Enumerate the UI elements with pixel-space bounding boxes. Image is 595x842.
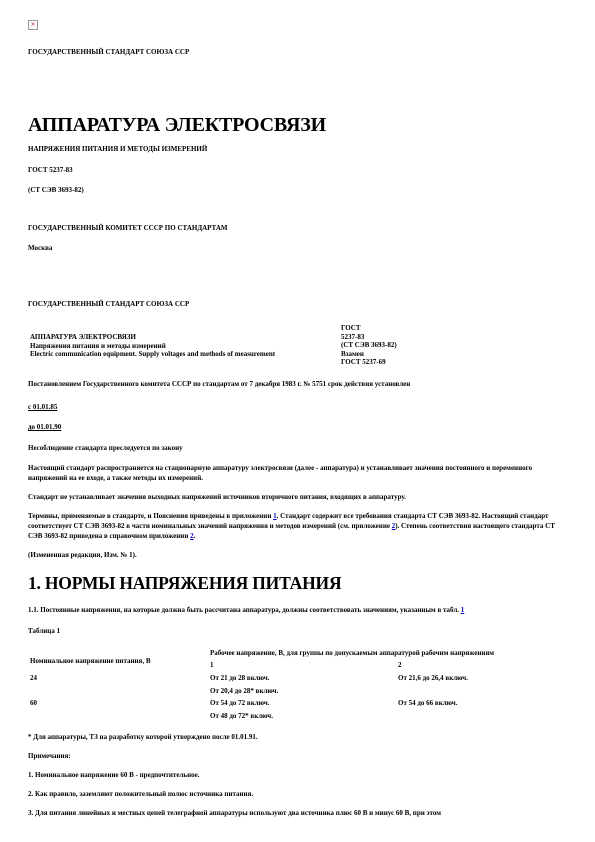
revision-note: (Измененная редакция, Изм. № 1).: [28, 551, 137, 559]
table-row-60-nominal: 60: [30, 699, 37, 707]
clause-1-1: 1.1. Постоянные напряжения, на которые д…: [28, 606, 464, 614]
title-block-st-sev: (СТ СЭВ 3693-82): [341, 341, 397, 350]
table-header-group-2: 2: [398, 661, 402, 669]
title-block-title: АППАРАТУРА ЭЛЕКТРОСВЯЗИ: [30, 333, 275, 342]
subtitle: НАПРЯЖЕНИЯ ПИТАНИЯ И МЕТОДЫ ИЗМЕРЕНИЙ: [28, 145, 207, 153]
date-from: с 01.01.85: [28, 403, 57, 411]
table-row-24-nominal: 24: [30, 674, 37, 682]
title-block-english: Electric communication equipment. Supply…: [30, 350, 275, 359]
notes-title: Примечания:: [28, 752, 71, 760]
page-title: АППАРАТУРА ЭЛЕКТРОСВЯЗИ: [28, 114, 326, 137]
paragraph-scope: Настоящий стандарт распространяется на с…: [28, 463, 568, 483]
date-to: до 01.01.90: [28, 423, 61, 431]
st-sev-number: (СТ СЭВ 3693-82): [28, 186, 84, 194]
table-row-60-group-1-a: От 54 до 72 включ.: [210, 699, 269, 707]
committee: ГОСУДАРСТВЕННЫЙ КОМИТЕТ СССР ПО СТАНДАРТ…: [28, 224, 228, 232]
table-row-60-group-2: От 54 до 66 включ.: [398, 699, 457, 707]
title-block-right: ГОСТ 5237-83 (СТ СЭВ 3693-82) Взамен ГОС…: [341, 324, 397, 367]
table-header-nominal: Номинальное напряжение питания, В: [30, 657, 151, 665]
table-1-link[interactable]: 1: [461, 606, 465, 614]
section-1-title: 1. НОРМЫ НАПРЯЖЕНИЯ ПИТАНИЯ: [28, 573, 341, 594]
title-block-replaces: Взамен: [341, 350, 397, 359]
paragraph-terms: Термины, применяемые в стандарте, и Пояс…: [28, 511, 568, 541]
table-row-24-group-2: От 21,6 до 26,4 включ.: [398, 674, 468, 682]
header-second: ГОСУДАРСТВЕННЫЙ СТАНДАРТ СОЮЗА ССР: [28, 300, 189, 308]
table-row-24-group-1-a: От 21 до 28 включ.: [210, 674, 269, 682]
paragraph-limitation: Стандарт не устанавливает значения выход…: [28, 492, 568, 502]
title-block-subtitle: Напряжения питания и методы измерений: [30, 342, 275, 351]
table-caption: Таблица 1: [28, 627, 60, 635]
title-block-number: 5237-83: [341, 333, 397, 342]
note-2: 2. Как правило, заземляют положительный …: [28, 790, 253, 798]
table-header-group-1: 1: [210, 661, 214, 669]
table-header-working: Рабочее напряжение, В, для группы по доп…: [210, 649, 494, 657]
title-block-left: АППАРАТУРА ЭЛЕКТРОСВЯЗИ Напряжения питан…: [30, 333, 275, 359]
note-3: 3. Для питания линейных и местных цепей …: [28, 809, 441, 817]
table-row-60-group-1-b: От 48 до 72* включ.: [210, 712, 273, 720]
note-1: 1. Номинальное напряжение 60 В - предпоч…: [28, 771, 199, 779]
law-note: Несоблюдение стандарта преследуется по з…: [28, 444, 183, 452]
table-footnote: * Для аппаратуры, ТЗ на разработку котор…: [28, 733, 258, 741]
broken-image-icon: ×: [28, 20, 38, 30]
title-block-gost: ГОСТ: [341, 324, 397, 333]
gost-number: ГОСТ 5237-83: [28, 166, 73, 174]
city: Москва: [28, 244, 52, 252]
title-block-old-gost: ГОСТ 5237-69: [341, 358, 397, 367]
header-top: ГОСУДАРСТВЕННЫЙ СТАНДАРТ СОЮЗА ССР: [28, 48, 189, 56]
table-row-24-group-1-b: От 20,4 до 28* включ.: [210, 687, 278, 695]
decree-text: Постановлением Государственного комитета…: [28, 380, 410, 388]
